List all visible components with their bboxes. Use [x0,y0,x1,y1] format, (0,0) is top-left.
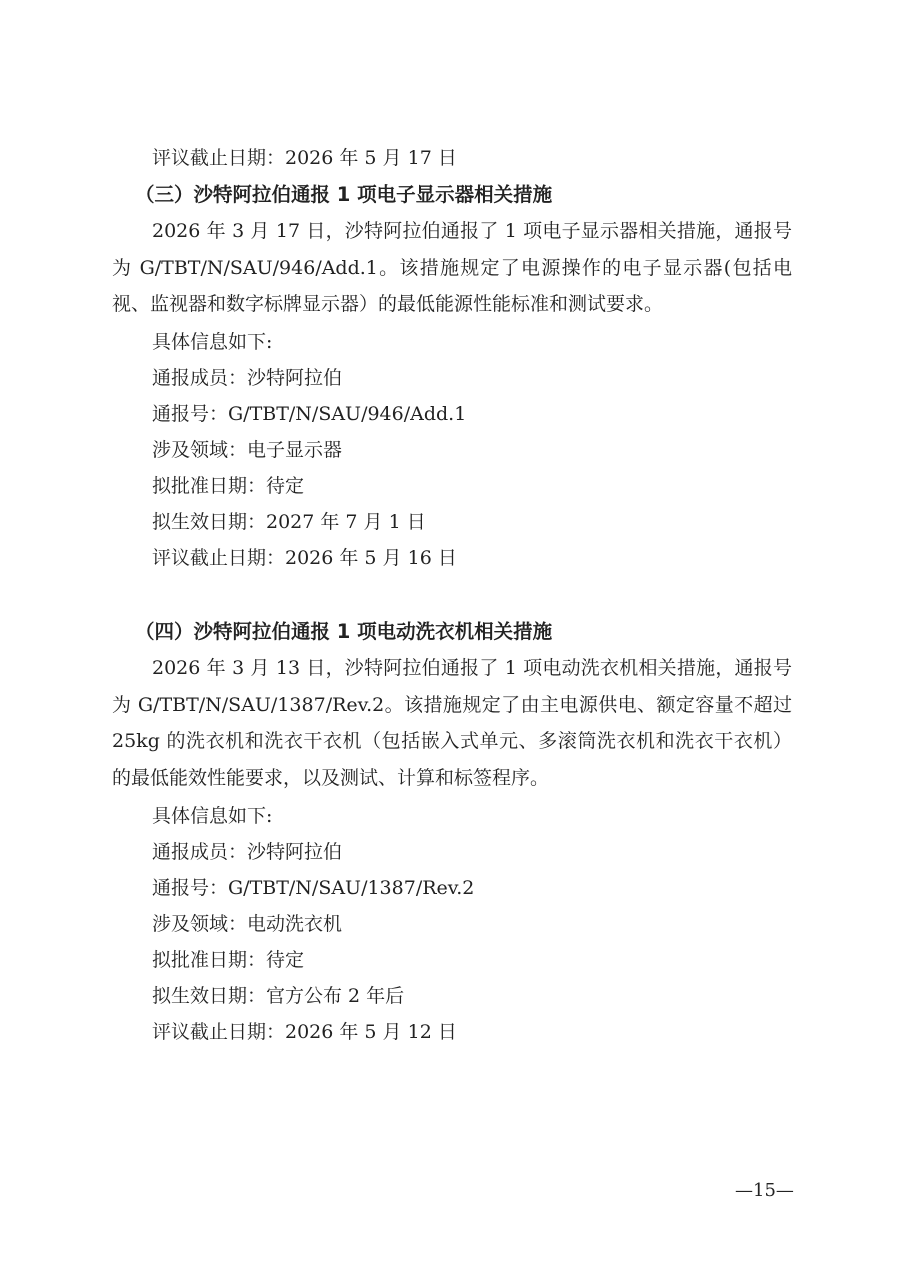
section-3-field: 涉及领域：电子显示器 [152,438,342,462]
prev-comment-deadline: 评议截止日期：2026 年 5 月 17 日 [152,146,457,170]
section-3-effective-date: 拟生效日期：2027 年 7 月 1 日 [152,510,426,534]
section-3-member: 通报成员：沙特阿拉伯 [152,366,342,390]
section-4-comment-deadline: 评议截止日期：2026 年 5 月 12 日 [152,1020,457,1044]
section-4-paragraph: 2026 年 3 月 13 日，沙特阿拉伯通报了 1 项电动洗衣机相关措施，通报… [112,650,792,796]
section-3-notification-no: 通报号：G/TBT/N/SAU/946/Add.1 [152,402,466,426]
section-4-effective-date: 拟生效日期：官方公布 2 年后 [152,984,404,1008]
section-4-member: 通报成员：沙特阿拉伯 [152,840,342,864]
section-4-approval-date: 拟批准日期：待定 [152,948,304,972]
page-number: —15— [735,1180,794,1201]
section-3-paragraph: 2026 年 3 月 17 日，沙特阿拉伯通报了 1 项电子显示器相关措施，通报… [112,213,792,323]
section-4-details-intro: 具体信息如下: [152,804,272,828]
section-4-heading: （四）沙特阿拉伯通报 1 项电动洗衣机相关措施 [135,620,552,644]
section-3-approval-date: 拟批准日期：待定 [152,474,304,498]
section-4-field: 涉及领域：电动洗衣机 [152,912,342,936]
section-3-details-intro: 具体信息如下: [152,330,272,354]
section-3-heading: （三）沙特阿拉伯通报 1 项电子显示器相关措施 [135,183,552,207]
section-4-notification-no: 通报号：G/TBT/N/SAU/1387/Rev.2 [152,876,474,900]
section-3-comment-deadline: 评议截止日期：2026 年 5 月 16 日 [152,546,457,570]
